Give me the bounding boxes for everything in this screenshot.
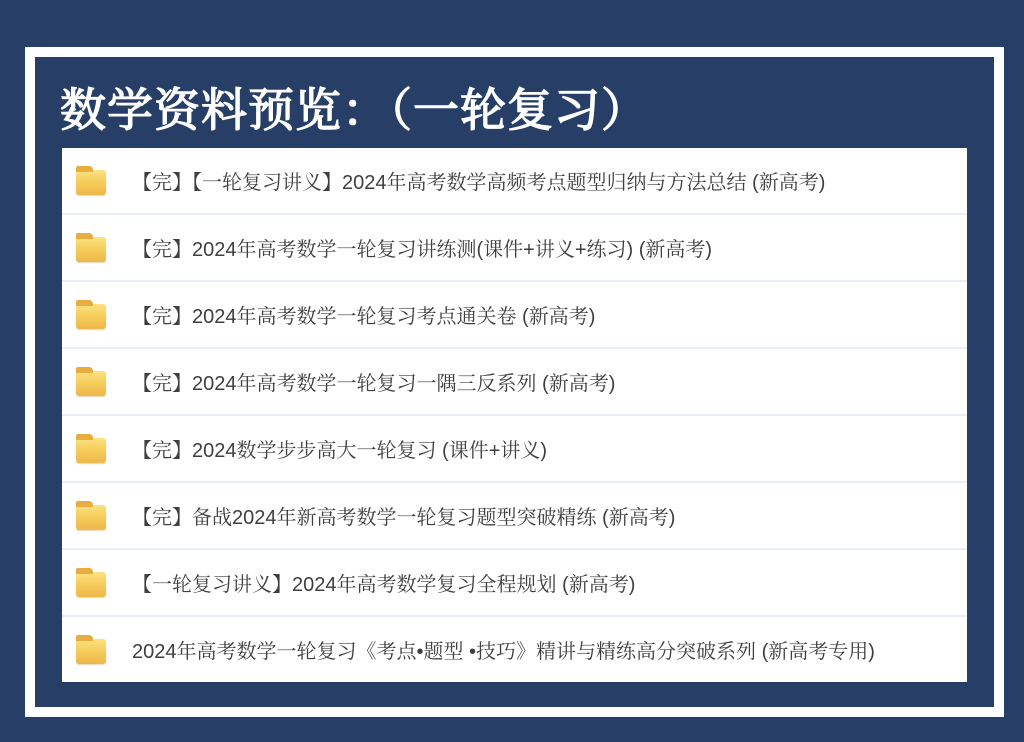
list-item-label: 2024年高考数学一轮复习《考点•题型 •技巧》精讲与精练高分突破系列 (新高考… bbox=[132, 635, 875, 664]
list-item-label: 【完】2024年高考数学一轮复习讲练测(课件+讲义+练习) (新高考) bbox=[132, 233, 712, 262]
list-item-label: 【完】2024年高考数学一轮复习考点通关卷 (新高考) bbox=[132, 300, 595, 329]
page-title: 数学资料预览：（一轮复习） bbox=[60, 74, 648, 140]
folder-icon bbox=[76, 639, 106, 664]
list-item[interactable]: 【完】【一轮复习讲义】2024年高考数学高频考点题型归纳与方法总结 (新高考) bbox=[62, 148, 967, 213]
list-item[interactable]: 【完】2024年高考数学一轮复习讲练测(课件+讲义+练习) (新高考) bbox=[62, 213, 967, 280]
folder-icon bbox=[76, 170, 106, 195]
list-item-label: 【完】2024年高考数学一轮复习一隅三反系列 (新高考) bbox=[132, 367, 615, 396]
list-item-label: 【完】2024数学步步高大一轮复习 (课件+讲义) bbox=[132, 434, 547, 463]
list-item[interactable]: 【一轮复习讲义】2024年高考数学复习全程规划 (新高考) bbox=[62, 548, 967, 615]
list-item[interactable]: 2024年高考数学一轮复习《考点•题型 •技巧》精讲与精练高分突破系列 (新高考… bbox=[62, 615, 967, 682]
list-item-label: 【一轮复习讲义】2024年高考数学复习全程规划 (新高考) bbox=[132, 568, 635, 597]
list-item-label: 【完】备战2024年新高考数学一轮复习题型突破精练 (新高考) bbox=[132, 501, 675, 530]
folder-icon bbox=[76, 572, 106, 597]
list-item[interactable]: 【完】2024数学步步高大一轮复习 (课件+讲义) bbox=[62, 414, 967, 481]
list-item[interactable]: 【完】2024年高考数学一轮复习一隅三反系列 (新高考) bbox=[62, 347, 967, 414]
folder-icon bbox=[76, 438, 106, 463]
folder-icon bbox=[76, 505, 106, 530]
file-list-panel: 【完】【一轮复习讲义】2024年高考数学高频考点题型归纳与方法总结 (新高考) … bbox=[62, 148, 967, 682]
folder-icon bbox=[76, 237, 106, 262]
list-item[interactable]: 【完】备战2024年新高考数学一轮复习题型突破精练 (新高考) bbox=[62, 481, 967, 548]
list-item[interactable]: 【完】2024年高考数学一轮复习考点通关卷 (新高考) bbox=[62, 280, 967, 347]
folder-icon bbox=[76, 304, 106, 329]
list-item-label: 【完】【一轮复习讲义】2024年高考数学高频考点题型归纳与方法总结 (新高考) bbox=[132, 166, 825, 195]
folder-icon bbox=[76, 371, 106, 396]
